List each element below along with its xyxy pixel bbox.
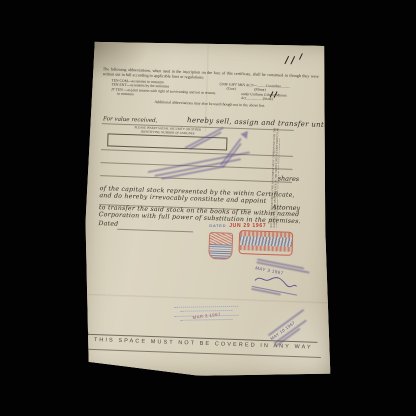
abbreviations-list-left: TEN COM—as tenants in common TEN ENT—as …: [102, 78, 220, 100]
arrowhead-icon: [240, 129, 251, 139]
shares-line: [100, 175, 292, 183]
dated-line: [117, 229, 193, 233]
dated-label: Dated: [98, 220, 118, 228]
pen-stroke: [290, 56, 295, 65]
dotted-stamp-row: [180, 319, 232, 321]
abbreviations-block: The following abbreviations, when used i…: [102, 67, 319, 110]
medallion-red-rays: [210, 233, 232, 245]
medallion-blue-waves: [209, 244, 231, 259]
signature-guarantee-medallion-stamp: [208, 232, 233, 260]
date-stamp-prefix: DATED: [209, 223, 226, 228]
banner-rule: [87, 349, 321, 358]
date-stamp: DATEDJUN 29 1967: [209, 223, 266, 229]
illegible-stamp-line: [251, 288, 281, 295]
photo-of-certificate-back: The following abbreviations, when used i…: [0, 0, 416, 416]
dotted-stamp-row: [180, 310, 232, 312]
pen-stroke: [284, 56, 289, 65]
date-stamp-value: JUN 29 1967: [229, 223, 266, 229]
certificate-paper: The following abbreviations, when used i…: [78, 38, 342, 381]
dotted-stamp-row: [174, 305, 238, 307]
abbreviations-list-right: UNIF GIFT MIN ACT—..........Custodian...…: [219, 82, 319, 103]
exchange-stamp-b-date: MAY 10 1967: [269, 301, 322, 341]
broker-guarantee-stamp: [238, 230, 293, 256]
pen-stroke: [299, 53, 303, 60]
shares-word: shares: [278, 174, 300, 183]
stamp-red-band: [240, 245, 292, 252]
faint-blue-stamp: MAR 3 1967: [174, 302, 254, 325]
